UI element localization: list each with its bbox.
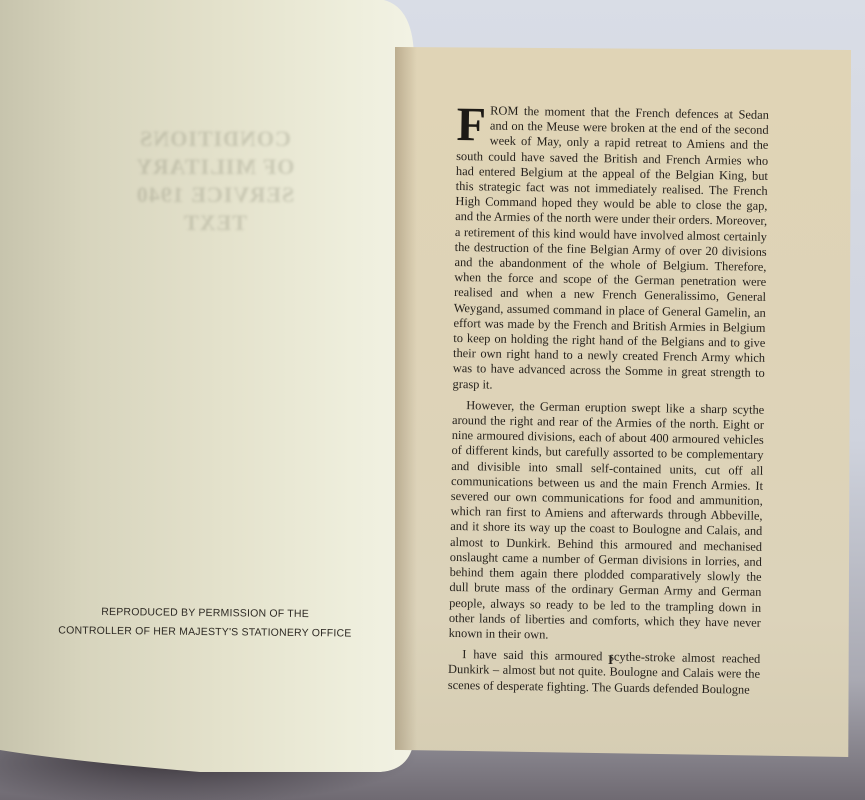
paragraph-1-text: ROM the moment that the French defences …: [452, 104, 768, 392]
right-page: FROM the moment that the French defences…: [395, 47, 851, 757]
paragraph-3: I have said this armoured scythe-stroke …: [448, 647, 761, 698]
show-through-line: OF MILITARY: [65, 153, 365, 181]
drop-cap: F: [456, 105, 486, 145]
show-through-text: CONDITIONS OF MILITARY SERVICE 1940 TEXT: [65, 125, 365, 237]
show-through-line: CONDITIONS: [65, 125, 365, 153]
show-through-line: SERVICE 1940: [65, 181, 365, 209]
permission-notice: REPRODUCED BY PERMISSION OF THE CONTROLL…: [40, 602, 370, 643]
page-number: I: [608, 652, 613, 668]
paragraph-1: FROM the moment that the French defences…: [452, 103, 768, 397]
show-through-line: TEXT: [65, 209, 365, 237]
permission-line-2: CONTROLLER OF HER MAJESTY'S STATIONERY O…: [40, 621, 370, 643]
paragraph-2: However, the German eruption swept like …: [449, 398, 765, 646]
left-page: CONDITIONS OF MILITARY SERVICE 1940 TEXT…: [0, 0, 414, 772]
body-text: FROM the moment that the French defences…: [448, 103, 769, 704]
